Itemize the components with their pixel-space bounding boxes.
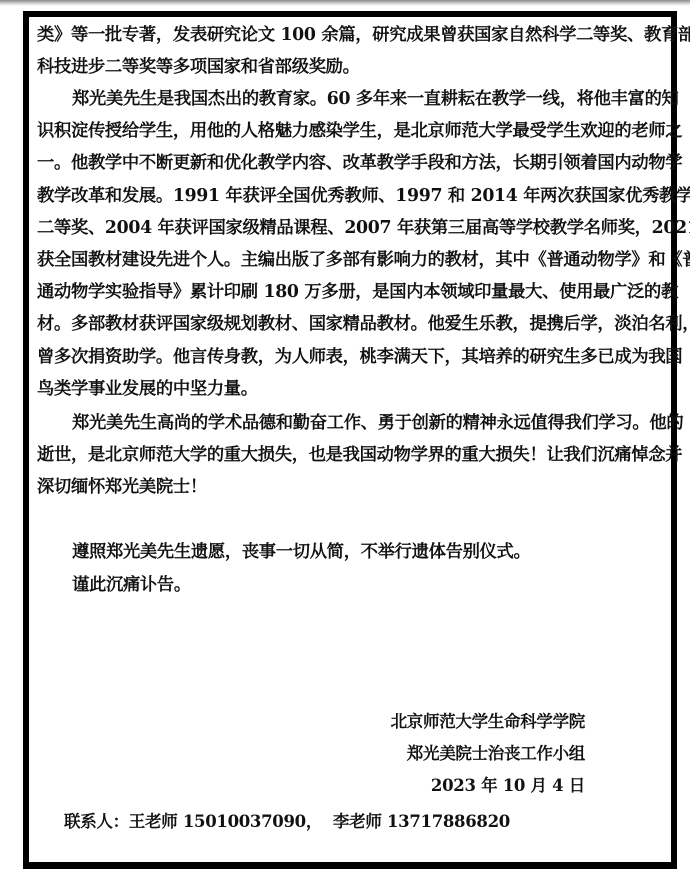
text-line: 鸟类学事业发展的中坚力量。 — [37, 373, 690, 405]
text-line: 二等奖、2004 年获评国家级精品课程、2007 年获第三届高等学校教学名师奖，… — [37, 212, 690, 244]
paragraph-funeral-arrangement: 遵照郑光美先生遗愿，丧事一切从简，不举行遗体告别仪式。 — [37, 536, 531, 568]
text-line: 识积淀传授给学生，用他的人格魅力感染学生，是北京师范大学最受学生欢迎的老师之 — [37, 115, 690, 147]
text-line: 一。他教学中不断更新和优化教学内容、改革教学手段和方法，长期引领着国内动物学 — [37, 147, 690, 179]
text-line: 遵照郑光美先生遗愿，丧事一切从简，不举行遗体告别仪式。 — [37, 536, 531, 568]
signature-date: 2023 年 10 月 4 日 — [37, 770, 665, 802]
text-line: 材。多部教材获评国家级规划教材、国家精品教材。他爱生乐教，提携后学，淡泊名利， — [37, 308, 690, 340]
text-line: 科技进步二等奖等多项国家和省部级奖励。 — [37, 51, 690, 83]
obituary-document-frame: 类》等一批专著，发表研究论文 100 余篇，研究成果曾获国家自然科学二等奖、教育… — [23, 11, 677, 869]
text-line: 深切缅怀郑光美院士！ — [37, 471, 683, 503]
text-line: 类》等一批专著，发表研究论文 100 余篇，研究成果曾获国家自然科学二等奖、教育… — [37, 19, 690, 51]
text-line: 教学改革和发展。1991 年获评全国优秀教师、1997 和 2014 年两次获国… — [37, 180, 690, 212]
paragraph-educator: 郑光美先生是我国杰出的教育家。60 多年来一直耕耘在教学一线，将他丰富的知 识积… — [37, 83, 690, 405]
signature-group: 郑光美院士治丧工作小组 — [37, 738, 665, 770]
paragraph-mourning: 郑光美先生高尚的学术品德和勤奋工作、勇于创新的精神永远值得我们学习。他的 逝世，… — [37, 407, 683, 504]
signature-block: 北京师范大学生命科学学院 郑光美院士治丧工作小组 2023 年 10 月 4 日 — [37, 706, 665, 803]
contact-line: 联系人：王老师 15010037090， 李老师 13717886820 — [64, 806, 510, 838]
text-line: 曾多次捐资助学。他言传身教，为人师表，桃李满天下，其培养的研究生多已成为我国 — [37, 341, 690, 373]
text-line: 郑光美先生是我国杰出的教育家。60 多年来一直耕耘在教学一线，将他丰富的知 — [37, 83, 690, 115]
text-line: 谨此沉痛讣告。 — [37, 569, 191, 601]
text-line: 逝世，是北京师范大学的重大损失，也是我国动物学界的重大损失！让我们沉痛悼念并 — [37, 439, 683, 471]
paragraph-announcement: 谨此沉痛讣告。 — [37, 569, 191, 601]
viewer-top-edge — [0, 0, 690, 6]
text-line: 获全国教材建设先进个人。主编出版了多部有影响力的教材，其中《普通动物学》和《普 — [37, 244, 690, 276]
paragraph-awards: 类》等一批专著，发表研究论文 100 余篇，研究成果曾获国家自然科学二等奖、教育… — [37, 19, 690, 83]
text-line: 郑光美先生高尚的学术品德和勤奋工作、勇于创新的精神永远值得我们学习。他的 — [37, 407, 683, 439]
signature-organization: 北京师范大学生命科学学院 — [37, 706, 665, 738]
contact-info: 联系人：王老师 15010037090， 李老师 13717886820 — [64, 806, 510, 838]
text-line: 通动物学实验指导》累计印刷 180 万多册，是国内本领域印量最大、使用最广泛的教 — [37, 276, 690, 308]
